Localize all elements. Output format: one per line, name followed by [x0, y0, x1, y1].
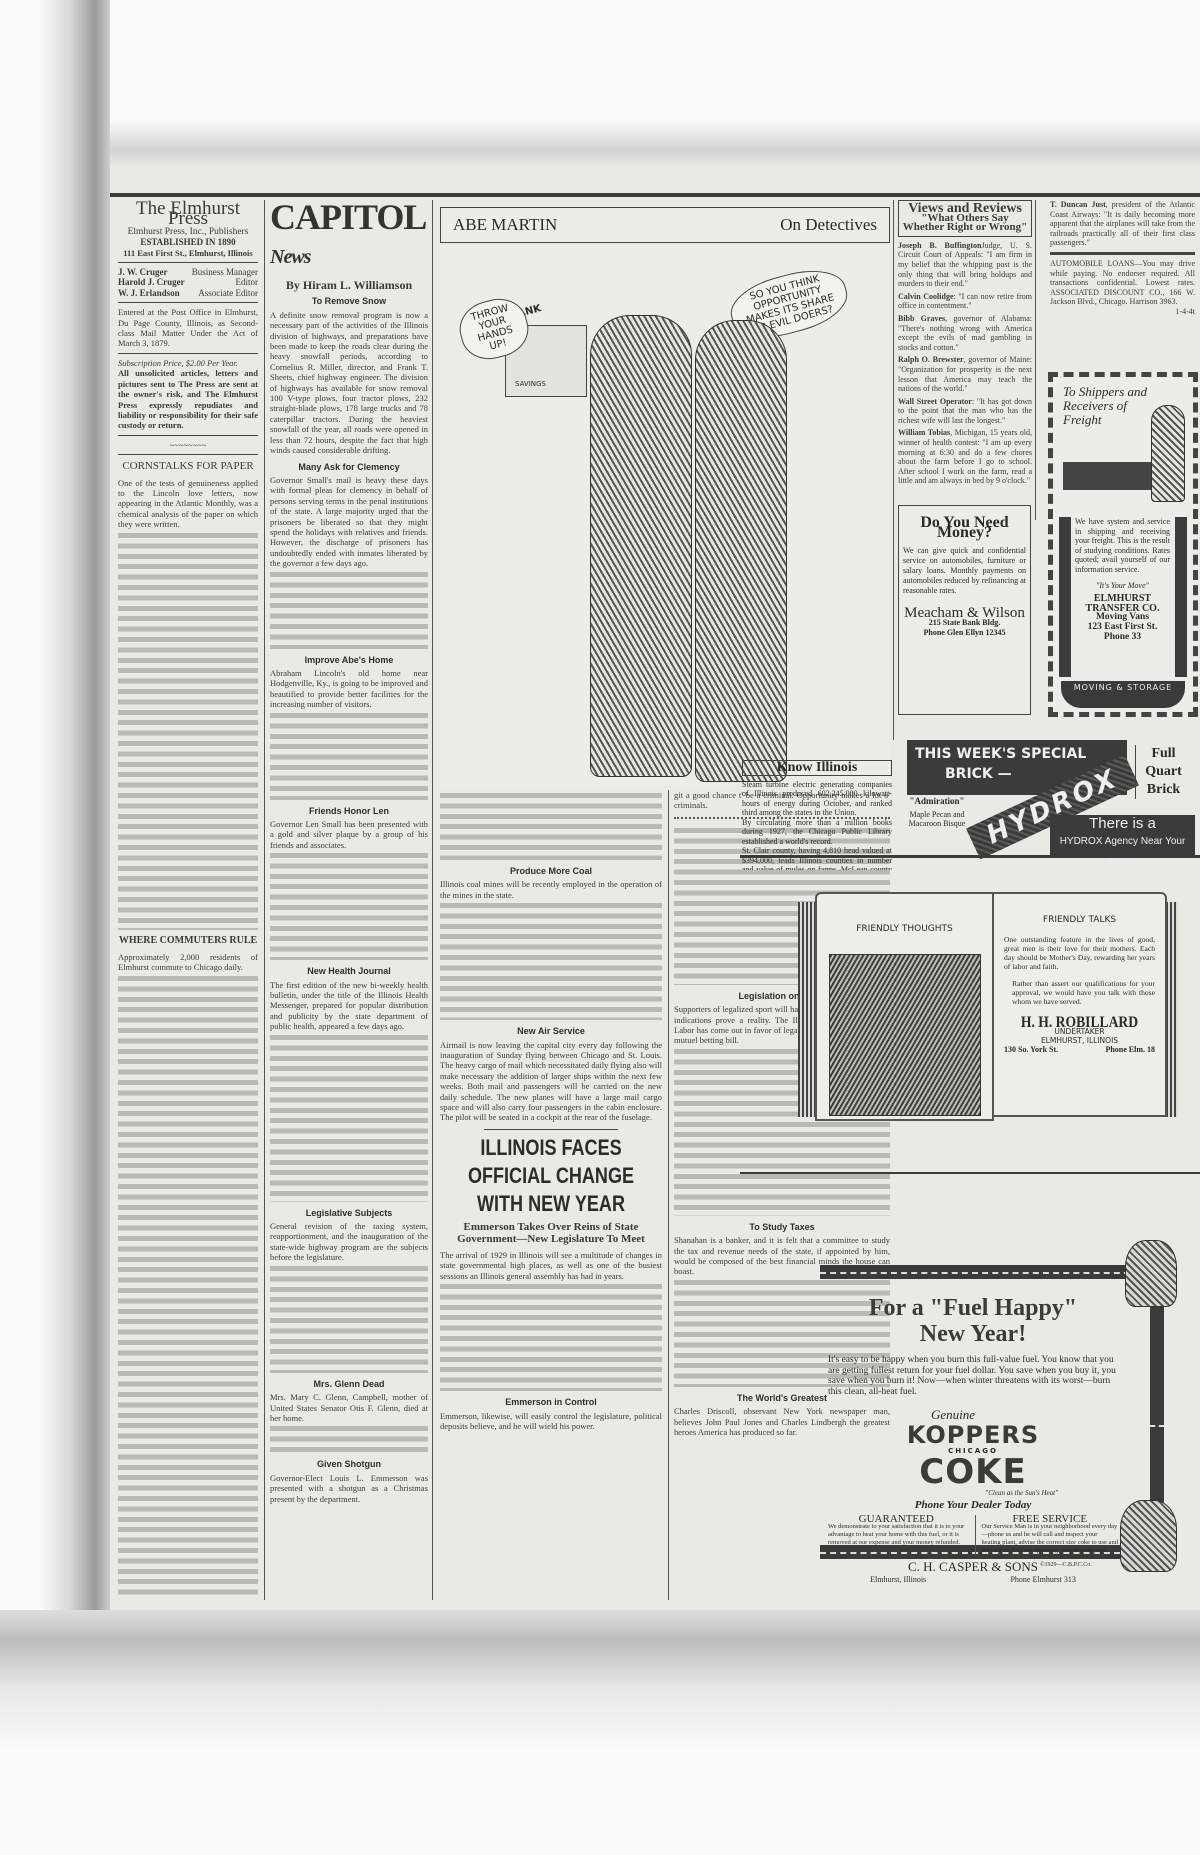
coke-sack-icon — [1125, 1240, 1177, 1307]
section-text: Illinois coal mines will be recently emp… — [440, 879, 662, 900]
hydrox-agency-line1: There is a — [1050, 815, 1195, 833]
section-text: Governor Len Small has been presented wi… — [270, 819, 428, 850]
quote-item: T. Duncan Just, president of the Atlanti… — [1050, 200, 1195, 248]
headline-commuters: WHERE COMMUTERS RULE — [118, 936, 258, 946]
ad-robillard: FRIENDLY THOUGHTS FRIENDLY TALKS One out… — [780, 872, 1200, 1132]
quote-item: Joseph B. BuffingtonJudge, U. S. Circuit… — [898, 241, 1032, 289]
robillard-phone: Phone Elm. 18 — [1105, 1045, 1155, 1054]
coke-headline-1: For a "Fuel Happy" — [828, 1295, 1118, 1321]
book-right-page: FRIENDLY TALKS One outstanding feature i… — [992, 892, 1167, 1117]
masthead-title: The Elmhurst Press — [118, 204, 258, 225]
staff-row: J. W. CrugerBusiness Manager — [118, 267, 258, 277]
quote-item: Bibb Graves, governor of Alabama: "There… — [898, 314, 1032, 352]
savings-sign: SAVINGS — [515, 380, 546, 388]
ad-hydrox: THIS WEEK'S SPECIAL BRICK — "Admiration"… — [895, 735, 1195, 855]
ad-transfer-headline: To Shippers and Receivers of Freight — [1063, 385, 1153, 427]
robillard-city: ELMHURST, ILLINOIS — [1004, 1036, 1155, 1045]
quote-item: Calvin Coolidge: "I can now retire from … — [898, 292, 1032, 311]
book-left-page: FRIENDLY THOUGHTS — [815, 892, 994, 1121]
know-illinois-para: Steam turbine electric generating compan… — [742, 780, 892, 818]
ad-money-title: Do You Need Money? — [903, 518, 1026, 538]
page-top-rule — [110, 193, 1200, 197]
article-cornstalks-body: One of the tests of genuineness applied … — [118, 478, 258, 530]
ad-money-phone: Phone Glen Ellyn 12345 — [903, 628, 1026, 638]
section-text: Governor Small's mail is heavy these day… — [270, 475, 428, 569]
staff-row: W. J. ErlandsonAssociate Editor — [118, 288, 258, 298]
ad-koppers-coke: For a "Fuel Happy" New Year! It's easy t… — [820, 1200, 1200, 1600]
coke-dealer-phone: Phone Elmhurst 313 — [1010, 1575, 1075, 1584]
hydrox-special: THIS WEEK'S SPECIAL — [915, 744, 1119, 764]
section-text: Mrs. Mary C. Glenn, Campbell, mother of … — [270, 1392, 428, 1423]
coke-dealer-city: Elmhurst, Illinois — [870, 1575, 926, 1584]
section-text: The arrival of 1929 in Illinois will see… — [440, 1250, 662, 1281]
section-text: Abraham Lincoln's old home near Hodgenvi… — [270, 668, 428, 710]
section-heading: Many Ask for Clemency — [270, 462, 428, 472]
ad-money-company: Meacham & Wilson — [903, 608, 1026, 618]
capitol-news-logo: CAPITOL News — [270, 200, 428, 274]
section-heading: Legislative Subjects — [270, 1208, 428, 1218]
robillard-address: 130 So. York St. — [1004, 1045, 1058, 1054]
ad-transfer-banner: MOVING & STORAGE — [1061, 681, 1185, 708]
friendly-talks-title: FRIENDLY TALKS — [1004, 916, 1155, 925]
detective-figure — [695, 320, 787, 782]
know-illinois-title: Know Illinois — [742, 760, 892, 776]
section-heading: New Health Journal — [270, 966, 428, 976]
section-text: The first edition of the new bi-weekly h… — [270, 980, 428, 1032]
column-middle-left: Produce More Coal Illinois coal mines wi… — [440, 790, 662, 1600]
ad-transfer-slogan: "It's Your Move" — [1075, 581, 1170, 591]
views-subtitle: "What Others Say Whether Right or Wrong" — [901, 214, 1029, 233]
staff-row: Harold J. CrugerEditor — [118, 277, 258, 287]
section-heading: New Air Service — [440, 1026, 662, 1036]
section-heading: Friends Honor Len — [270, 806, 428, 816]
column-divider — [264, 200, 265, 1600]
ad-transfer-company: ELMHURST TRANSFER CO. — [1075, 594, 1170, 613]
robillard-name: H. H. ROBILLARD — [1015, 1018, 1143, 1027]
scan-top-margin — [0, 0, 1200, 165]
column-masthead: The Elmhurst Press Elmhurst Press, Inc.,… — [118, 200, 258, 1600]
coke-headline-2: New Year! — [828, 1321, 1118, 1347]
hydrox-agency-line2: HYDROX Agency Near Your Home — [1050, 833, 1195, 869]
section-text: Emmerson, likewise, will easily control … — [440, 1411, 662, 1432]
byline: By Hiram L. Williamson — [270, 280, 428, 290]
column-divider — [1035, 200, 1036, 520]
cartoon-title-bar: ABE MARTIN On Detectives — [440, 207, 890, 243]
ad-transfer-phone: Phone 33 — [1075, 633, 1170, 643]
column-capitol-news: CAPITOL News By Hiram L. Williamson To R… — [270, 200, 428, 1600]
coke-service-text: Our Service Man is in your neighborhood … — [982, 1523, 1119, 1555]
coke-sack-icon — [1120, 1500, 1177, 1572]
hydrox-flavor-name: "Admiration" — [907, 797, 967, 806]
scan-left-margin — [0, 0, 110, 1855]
hydrox-flavors: Maple Pecan and Macaroon Bisque — [907, 810, 967, 828]
quote-item: Wall Street Operator: "It has got down t… — [898, 397, 1032, 426]
coke-brand-koppers: KOPPERS — [828, 1423, 1118, 1447]
section-heading: Improve Abe's Home — [270, 655, 428, 665]
coke-call: Phone Your Dealer Today — [828, 1499, 1118, 1511]
article-text-block — [118, 973, 258, 1600]
section-heading: To Remove Snow — [270, 296, 428, 306]
masthead-established: ESTABLISHED IN 1890 — [118, 237, 258, 247]
quote-item: Ralph O. Brewster, governor of Maine: "O… — [898, 355, 1032, 393]
subhead-emmerson: Emmerson Takes Over Reins of State Gover… — [440, 1221, 662, 1245]
column-divider — [432, 200, 433, 1600]
mother-portrait-illustration — [829, 954, 981, 1116]
headline-illinois-faces: ILLINOIS FACES OFFICIAL CHANGE WITH NEW … — [440, 1136, 662, 1216]
friendly-talks-para2: Rather than assert our qualifications fo… — [1012, 979, 1155, 1006]
ornament: ~~~~~~~~ — [118, 440, 258, 450]
hydrox-size: Full Quart Brick — [1135, 745, 1191, 799]
coke-body: It's easy to be happy when you burn this… — [828, 1355, 1118, 1397]
classified-code: 1-4-4t — [1050, 307, 1195, 317]
headline-cornstalks: CORNSTALKS FOR PAPER — [118, 461, 258, 471]
section-heading: Produce More Coal — [440, 866, 662, 876]
friendly-talks-para1: One outstanding feature in the lives of … — [1004, 935, 1155, 971]
quote-item: William Tobias, Michigan, 15 years old, … — [898, 428, 1032, 485]
friendly-thoughts-title: FRIENDLY THOUGHTS — [817, 924, 992, 934]
freight-man-illustration — [1151, 405, 1185, 502]
masthead-publisher: Elmhurst Press, Inc., Publishers — [118, 227, 258, 237]
section-heading: Emmerson in Control — [440, 1397, 662, 1407]
section-text: General revision of the taxing system, r… — [270, 1221, 428, 1263]
ad-elmhurst-transfer: To Shippers and Receivers of Freight We … — [1048, 372, 1198, 717]
know-illinois-box: Know Illinois Steam turbine electric gen… — [742, 760, 892, 870]
coke-service-title: FREE SERVICE — [982, 1515, 1119, 1523]
coke-guaranteed-text: We demonstrate to your satisfaction that… — [828, 1523, 965, 1547]
know-illinois-para: St. Clair county, having 4,810 head valu… — [742, 846, 892, 870]
column-divider — [668, 790, 669, 1600]
section-heading: Given Shotgun — [270, 1459, 428, 1469]
coke-guaranteed-title: GUARANTEED — [828, 1515, 965, 1523]
entry-notice: Entered at the Post Office in Elmhurst, … — [118, 307, 258, 349]
freight-crate-illustration — [1063, 462, 1153, 490]
article-commuters-body: Approximately 2,000 residents of Elmhurs… — [118, 952, 258, 973]
abe-martin-figure — [590, 315, 692, 777]
section-heading: Mrs. Glenn Dead — [270, 1379, 428, 1389]
scan-bottom-margin — [0, 1610, 1200, 1855]
classified-auto-loans: AUTOMOBILE LOANS—You may drive while pay… — [1050, 259, 1195, 307]
column-divider — [893, 200, 894, 740]
know-illinois-para: By circulating more than a million books… — [742, 818, 892, 847]
disclaimer: All unsolicited articles, letters and pi… — [118, 368, 258, 430]
cartoon-title-left: ABE MARTIN — [453, 215, 557, 235]
section-text: Airmail is now leaving the capital city … — [440, 1040, 662, 1123]
section-text: Governor-Elect Louis L. Emmerson was pre… — [270, 1473, 428, 1504]
views-continued: T. Duncan Just, president of the Atlanti… — [1050, 200, 1195, 365]
coke-brand-coke: COKE — [828, 1455, 1118, 1489]
ad-transfer-body: We have system and service in shipping a… — [1075, 517, 1170, 575]
ad-money-body: We can give quick and confidential servi… — [903, 546, 1026, 596]
section-text: A definite snow removal program is now a… — [270, 310, 428, 456]
cartoon-title-right: On Detectives — [780, 215, 877, 235]
cartoon-illustration: BANK SAVINGS THROW YOUR HANDS UP! SO YOU… — [440, 245, 890, 785]
views-and-reviews: Views and Reviews "What Others Say Wheth… — [898, 200, 1032, 485]
ad-need-money: Do You Need Money? We can give quick and… — [898, 505, 1031, 715]
masthead-address: 111 East First St., Elmhurst, Illinois — [118, 248, 258, 258]
article-text-block — [118, 530, 258, 930]
coke-copyright: ©1929—C.B.P.C.Co. — [1040, 1562, 1092, 1568]
subscription-price: Subscription Price, $2.00 Per Year. — [118, 358, 258, 368]
